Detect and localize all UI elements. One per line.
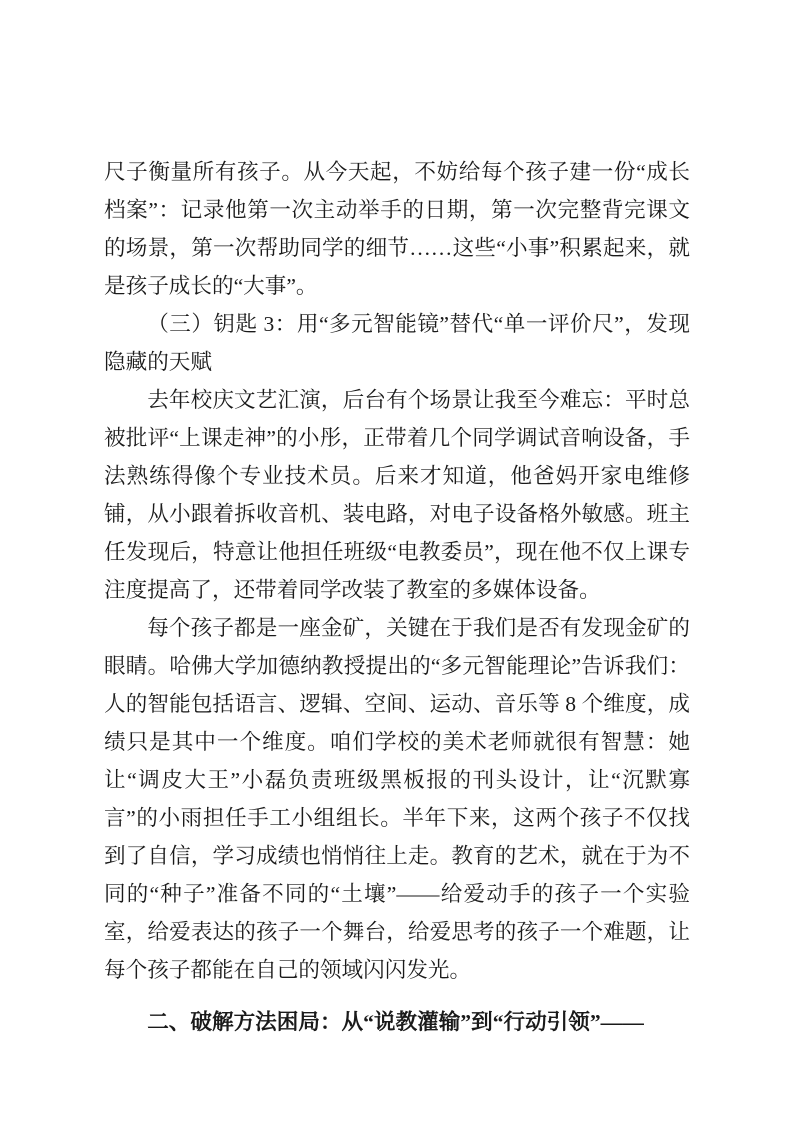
section-heading-2: 二、破解方法困局：从“说教灌输”到“行动引领”—— (104, 1003, 690, 1041)
paragraph-gold-mine: 每个孩子都是一座金矿，关键在于我们是否有发现金矿的眼睛。哈佛大学加德纳教授提出的… (104, 609, 690, 989)
subheading-key-3: （三）钥匙 3：用“多元智能镜”替代“单一评价尺”，发现隐藏的天赋 (104, 305, 690, 381)
document-page: 尺子衡量所有孩子。从今天起，不妨给每个孩子建一份“成长档案”：记录他第一次主动举… (0, 0, 793, 1122)
paragraph-continuation: 尺子衡量所有孩子。从今天起，不妨给每个孩子建一份“成长档案”：记录他第一次主动举… (104, 153, 690, 305)
paragraph-backstage-story: 去年校庆文艺汇演，后台有个场景让我至今难忘：平时总被批评“上课走神”的小彤，正带… (104, 381, 690, 609)
